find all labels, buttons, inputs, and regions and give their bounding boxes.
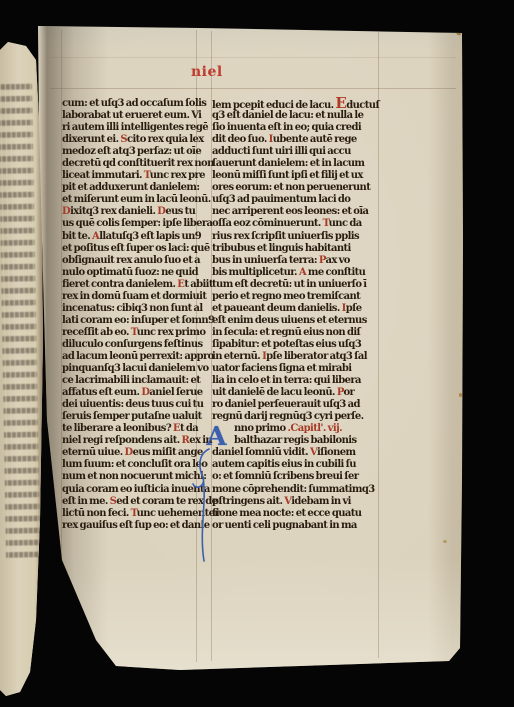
body-text: idebam in vi [291,496,351,507]
rubric-text: A [299,267,306,278]
rubric-text: .Capitl'. vij. [288,423,342,434]
ruling-line-horizontal-1 [50,88,456,89]
text-line: nno primo .Capitl'. vij. [212,423,379,435]
body-text: uſq3 ad pauimentum laci do [212,194,350,205]
body-text: pſe liberator atq3 ſal [266,351,367,362]
body-text: unc rex primo [137,327,206,338]
text-line: diluculo conſurgens feſtinus [62,339,219,351]
running-header: niel [191,64,223,80]
parchment-speck [443,540,447,543]
text-line: nulo optimatū ſuoz: ne quid [62,267,219,279]
body-text: lia in celo et in terra: qui libera [212,375,361,386]
text-line: uator faciens ſigna et mirabi [212,363,379,375]
body-text: ſio inuenta eſt in eo; quia credi [212,122,361,133]
body-text: liceat immutari. [62,170,144,181]
body-text: uit danielē de lacu leonū. [212,387,337,398]
body-text: pſe [346,303,362,314]
text-line: incenatus: cibiq3 non ſunt al [62,303,219,315]
text-line: adducti ſunt uiri illi qui accu [212,146,379,158]
body-text: us quē colis ſemper: ipſe libera [62,218,212,229]
body-text: ro daniel perſeuerauit uſq3 ad [212,399,360,410]
text-line: rius rex ſcripſit uniuerſis pplis [212,231,379,243]
body-text: ores eorum: et non peruenerunt [212,182,370,193]
text-line: uit danielē de lacu leonū. Por [212,387,379,399]
body-text: o: et ſomniū ſcribens breui ſer [212,471,358,482]
text-line: niel regi reſpondens ait. Rex in [62,435,219,447]
body-text: or uenti celi pugnabant in ma [212,520,357,531]
text-line: ſio inuenta eſt in eo; quia credi [212,122,379,134]
text-line: ro daniel perſeuerauit uſq3 ad [212,399,379,411]
text-line: ri autem illi intelligentes regē [62,122,219,134]
text-line: autem capitis eius in cubili ſu [212,459,379,471]
text-line: q3 eſt daniel de lacu: et nulla le [212,110,379,122]
text-line: pinquanſq3 lacui danielem vo [62,363,219,375]
body-text: ce lacrimabili inclamauit: et [62,375,200,386]
body-text: affatus eſt eum. [62,387,141,398]
text-line: ores eorum: et non peruenerunt [212,182,379,194]
text-line: pit et adduxerunt danielem: [62,182,219,194]
body-text: obſignauit rex anulo ſuo et a [62,255,200,266]
body-text: niel regi reſpondens ait. [62,435,181,446]
text-line: ſione mea nocte: et ecce quatu [212,508,379,520]
text-line: laborabat ut erueret eum. Vi [62,110,219,122]
body-text: unc da [329,218,362,229]
body-text: dixerunt ei. [62,134,120,145]
text-line: Dixitq3 rex danieli. Deus tu [62,206,219,218]
body-text: nec arriperent eos leones: et oīa [212,206,368,217]
text-line: ce lacrimabili inclamauit: et [62,375,219,387]
body-text: tribubus et linguis habitanti [212,243,351,254]
rubric-text: S [120,134,127,145]
text-line: et miſerunt eum in lacū leonū. [62,194,219,206]
body-text: rex in domū ſuam et dormiuit [62,291,206,302]
body-text: bis multiplicetur. [212,267,299,278]
manuscript-page: niel cum: et uſq3 ad occaſum ſolislabora… [0,0,514,707]
parchment-speck [456,31,462,36]
body-text: ixitq3 rex danieli. [70,206,157,217]
text-line: lati coram eo: inſuper et ſomn9 [62,315,219,327]
body-text: or [343,387,354,398]
body-text: ad lacum leonū perrexit: appro [62,351,214,362]
body-text: t abiit [184,279,213,290]
text-line: affatus eſt eum. Daniel ſerue [62,387,219,399]
body-text: regnū darij regnūq3 cyri perſe. [212,411,364,422]
pen-flourish-icon [189,447,213,565]
body-text: ſauerunt danielem: et in lacum [212,158,364,169]
text-line: regnū darij regnūq3 cyri perſe. [212,411,379,423]
text-line: receſſit ab eo. Tunc rex primo [62,327,219,339]
text-line: lem pcepit educi de lacu. Eductuſ [212,98,379,110]
body-text: me conſtitu [306,267,365,278]
rubric-text: V [310,447,317,458]
body-text: et miſerunt eum in lacū leonū. [62,194,211,205]
body-text: lum ſuum: et concluſit ora leo [62,459,207,470]
text-line: perio et regno meo tremiſcant [212,291,379,303]
text-line: bit te. Allatuſq3 eſt lapis un9 [62,231,219,243]
body-text: rius rex ſcripſit uniuerſis pplis [212,231,359,242]
body-text: receſſit ab eo. [62,327,131,338]
body-text: lictū non feci. [62,508,131,519]
ruling-line-horizontal-2 [50,57,456,58]
text-line: us quē colis ſemper: ipſe libera [62,218,219,230]
manuscript-photo: niel cum: et uſq3 ad occaſum ſolislabora… [0,0,514,707]
text-line: decretū qd conſtituerit rex non [62,158,219,170]
text-line: obſignauit rex anulo ſuo et a [62,255,219,267]
text-line: balthazar regis babilonis [212,435,379,447]
body-text: eternū uiue. [62,447,125,458]
body-text: perio et regno meo tremiſcant [212,291,360,302]
body-text: oſſa eoz cōminuerunt. [212,218,323,229]
text-line: in eternū. Ipſe liberator atq3 ſal [212,351,379,363]
text-line: et poſitus eſt ſuper os laci: quē [62,243,219,255]
text-line: ad lacum leonū perrexit: appro [62,351,219,363]
rubric-text: D [125,447,133,458]
text-line: leonū miſſi ſunt ipſi et filij et ux [212,170,379,182]
body-text: dei uiuentis: deus tuus cui tu [62,399,203,410]
body-text: autem capitis eius in cubili ſu [212,459,356,470]
text-line: tribubus et linguis habitanti [212,243,379,255]
text-line: medoz eſt atq3 perſaz: ut oīe [62,146,219,158]
body-text: pit et adduxerunt danielem: [62,182,199,193]
text-line: et paueant deum danielis. Ipſe [212,303,379,315]
text-line: ſauerunt danielem: et in lacum [212,158,379,170]
text-line: te liberare a leonibus? Et da [62,423,219,435]
body-text: nno primo [234,423,288,434]
body-text: tum eſt decretū: ut in uniuerſo ī [212,279,366,290]
body-text: eſt in me. [62,496,110,507]
body-text: in ſecula: et regnū eius non diſ [212,327,360,338]
body-text: q3 eſt daniel de lacu: et nulla le [212,110,363,121]
text-line: fieret contra danielem. Et abiit [62,279,219,291]
parchment-speck [459,393,462,397]
body-text: llatuſq3 eſt lapis un9 [99,231,201,242]
body-text: fieret contra danielem. [62,279,177,290]
body-text: pſtringens ait. [212,496,284,507]
body-text: mone cōprehendit: ſummatimq3 [212,484,375,495]
body-text: iſionem [317,447,356,458]
body-text: et paueant deum danielis. [212,303,342,314]
body-text: bit te. [62,231,92,242]
body-text: bus in uniuerſa terra: [212,255,319,266]
text-line: daniel ſomniū vidit. Viſionem [212,447,379,459]
body-text: nulo optimatū ſuoz: ne quid [62,267,198,278]
body-text: rex gauiſus eſt ſup eo: et danie [62,520,209,531]
body-text: et poſitus eſt ſuper os laci: quē [62,243,210,254]
body-text: ax vo [325,255,349,266]
body-text: te liberare a leonibus? [62,423,173,434]
body-text: ubente autē rege [273,134,357,145]
body-text: lati coram eo: inſuper et ſomn9 [62,315,214,326]
text-line: ſeruis ſemper putaſne ualuit [62,411,219,423]
body-text: eſt enim deus uiuens et eternus [212,315,367,326]
text-column-right: lem pcepit educi de lacu. Eductuſq3 eſt … [212,98,379,532]
body-text: in eternū. [212,351,262,362]
body-text: balthazar regis babilonis [234,435,357,446]
text-line: dit deo ſuo. Iubente autē rege [212,134,379,146]
body-text: aniel ſerue [149,387,202,398]
body-text: ſeruis ſemper putaſne ualuit [62,411,202,422]
body-text: incenatus: cibiq3 non ſunt al [62,303,203,314]
text-line: o: et ſomniū ſcribens breui ſer [212,471,379,483]
text-line: ſipabitur: et poteſtas eius uſq3 [212,339,379,351]
rubric-text: E [173,423,180,434]
text-line: rex in domū ſuam et dormiuit [62,291,219,303]
body-text: unc rex pre [150,170,205,181]
body-text: t da [180,423,198,434]
text-line: lia in celo et in terra: qui libera [212,375,379,387]
body-text: diluculo conſurgens feſtinus [62,339,203,350]
text-line: in ſecula: et regnū eius non diſ [212,327,379,339]
body-text: leonū miſſi ſunt ipſi et filij et ux [212,170,363,181]
text-line: or uenti celi pugnabant in ma [212,520,379,532]
body-text: dit deo ſuo. [212,134,269,145]
text-line: bis multiplicetur. A me conſtitu [212,267,379,279]
text-line: uſq3 ad pauimentum laci do [212,194,379,206]
body-text: cum: et uſq3 ad occaſum ſolis [62,98,206,109]
text-line: cum: et uſq3 ad occaſum ſolis [62,98,219,110]
body-text: ſipabitur: et poteſtas eius uſq3 [212,339,361,350]
text-line: dei uiuentis: deus tuus cui tu [62,399,219,411]
body-text: cito rex quia lex [127,134,204,145]
body-text: laborabat ut erueret eum. Vi [62,110,201,121]
text-line: dixerunt ei. Scito rex quia lex [62,134,219,146]
text-line: eſt enim deus uiuens et eternus [212,315,379,327]
body-text: adducti ſunt uiri illi qui accu [212,146,351,157]
text-line: bus in uniuerſa terra: Pax vo [212,255,379,267]
body-text: uator faciens ſigna et mirabi [212,363,352,374]
text-line: oſſa eoz cōminuerunt. Tunc da [212,218,379,230]
body-text: ſione mea nocte: et ecce quatu [212,508,361,519]
body-text: eus tu [165,206,195,217]
body-text: medoz eſt atq3 perſaz: ut oīe [62,146,201,157]
facing-page-blurred-text [0,84,40,559]
body-text: num et non nocuerunt michi: [62,471,206,482]
text-line: mone cōprehendit: ſummatimq3 [212,484,379,496]
text-line: pſtringens ait. Videbam in vi [212,496,379,508]
body-text: ri autem illi intelligentes regē [62,122,208,133]
body-text: quia coram eo iuſticia inuenta [62,484,210,495]
body-text: decretū qd conſtituerit rex non [62,158,214,169]
text-line: liceat immutari. Tunc rex pre [62,170,219,182]
text-line: tum eſt decretū: ut in uniuerſo ī [212,279,379,291]
text-line: nec arriperent eos leones: et oīa [212,206,379,218]
body-text: pinquanſq3 lacui danielem vo [62,363,209,374]
rubric-text: D [62,206,70,217]
